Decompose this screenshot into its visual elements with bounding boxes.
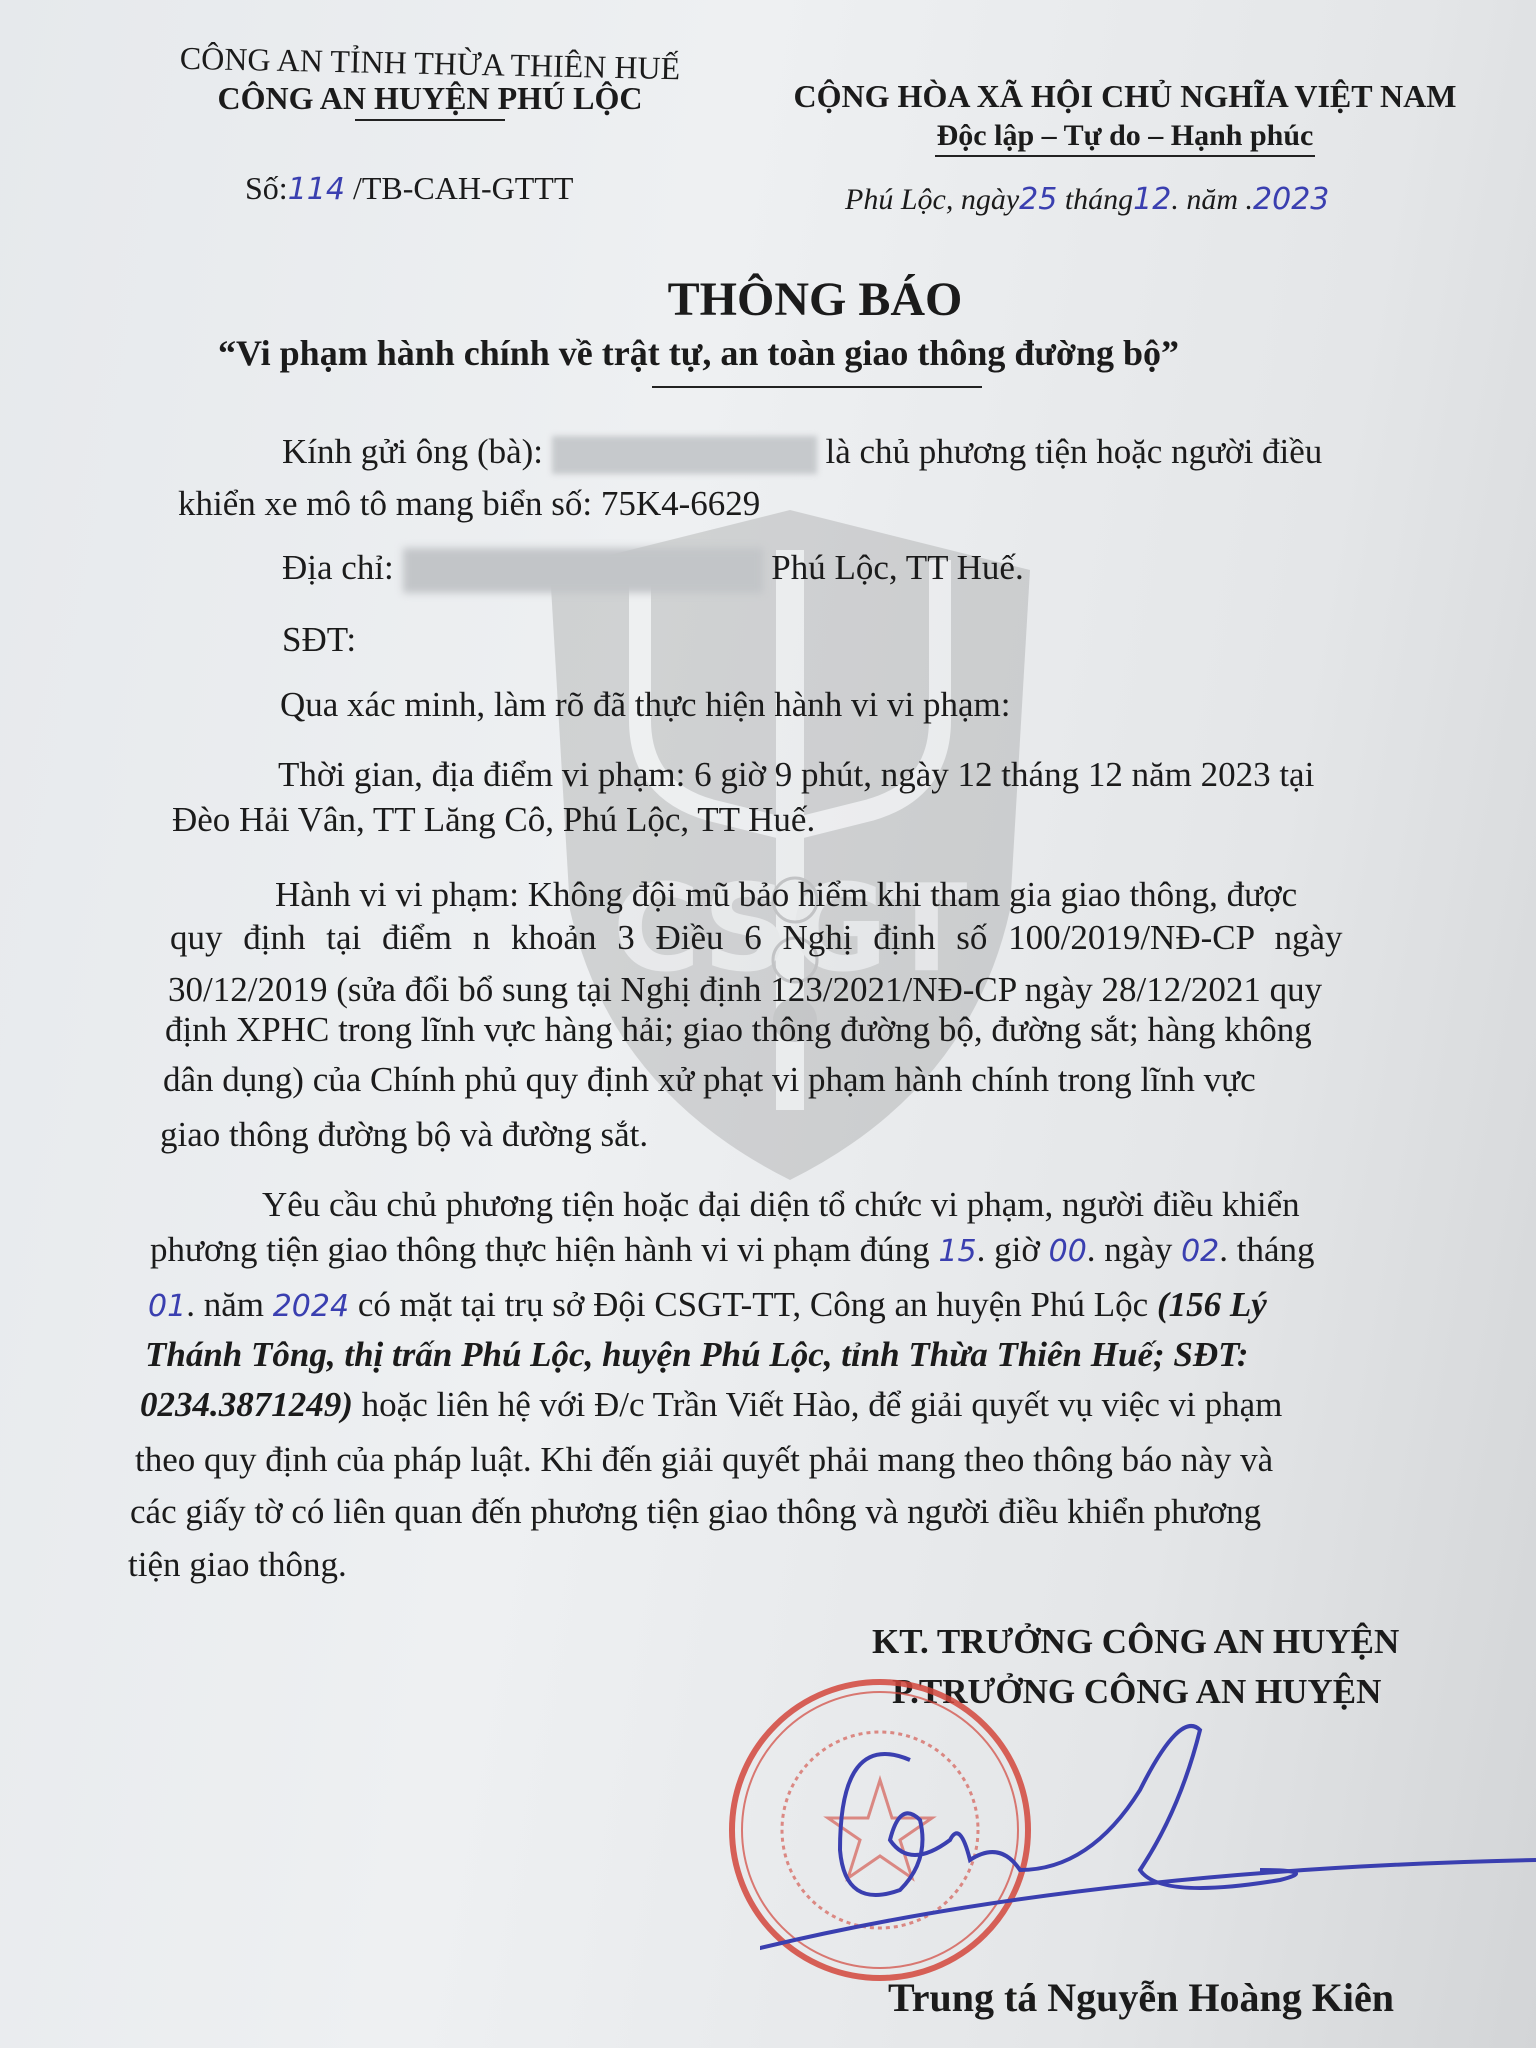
handwritten-day: 25 xyxy=(1019,182,1057,217)
request-line: Yêu cầu chủ phương tiện hoặc đại diện tổ… xyxy=(262,1185,1300,1225)
office-phone: 0234.3871249) xyxy=(140,1385,353,1424)
request-line-appointment-date: 01. năm 2024 có mặt tại trụ sở Đội CSGT-… xyxy=(148,1285,1267,1325)
signatory-title-1: KT. TRƯỞNG CÔNG AN HUYỆN xyxy=(872,1622,1399,1662)
handwritten-number: 114 xyxy=(288,172,345,207)
handwritten-year: 2024 xyxy=(273,1289,349,1324)
request-line: theo quy định của pháp luật. Khi đến giả… xyxy=(135,1440,1273,1480)
issue-date: Phú Lộc, ngày25 tháng12. năm .2023 xyxy=(845,182,1329,217)
handwritten-signature xyxy=(760,1670,1536,1970)
document-title: THÔNG BÁO xyxy=(0,272,1536,327)
handwritten-hour: 15 xyxy=(938,1234,976,1269)
signer-name: Trung tá Nguyễn Hoàng Kiên xyxy=(888,1974,1394,2021)
redacted-name xyxy=(552,436,817,474)
handwritten-minute: 00 xyxy=(1049,1234,1087,1269)
motto-underline xyxy=(935,155,1315,157)
agency-underline xyxy=(355,119,505,121)
subtitle-underline xyxy=(652,386,982,388)
redacted-address xyxy=(403,548,763,593)
document-number: Số:114 /TB-CAH-GTTT xyxy=(245,170,573,207)
time-place-line-1: Thời gian, địa điểm vi phạm: 6 giờ 9 phú… xyxy=(278,755,1314,795)
time-place-line-2: Đèo Hải Vân, TT Lăng Cô, Phú Lộc, TT Huế… xyxy=(172,800,815,840)
national-header: CỘNG HÒA XÃ HỘI CHỦ NGHĨA VIỆT NAM Độc l… xyxy=(755,78,1495,157)
violation-line: quy định tại điểm n khoản 3 Điều 6 Nghị … xyxy=(170,918,1343,958)
violation-line: định XPHC trong lĩnh vực hàng hải; giao … xyxy=(165,1010,1312,1050)
phone-label: SĐT: xyxy=(282,620,356,660)
violation-line: giao thông đường bộ và đường sắt. xyxy=(160,1115,648,1155)
address-line: Địa chỉ: Phú Lộc, TT Huế. xyxy=(282,548,1024,593)
country-name: CỘNG HÒA XÃ HỘI CHỦ NGHĨA VIỆT NAM xyxy=(755,78,1495,115)
handwritten-day: 02 xyxy=(1181,1234,1219,1269)
request-line: các giấy tờ có liên quan đến phương tiện… xyxy=(130,1492,1261,1532)
national-motto: Độc lập – Tự do – Hạnh phúc xyxy=(755,119,1495,153)
verification-line: Qua xác minh, làm rõ đã thực hiện hành v… xyxy=(280,685,1010,725)
handwritten-month: 01 xyxy=(148,1289,186,1324)
license-plate-line: khiển xe mô tô mang biển số: 75K4-6629 xyxy=(178,484,760,524)
contact-line: 0234.3871249) hoặc liên hệ với Đ/c Trần … xyxy=(140,1385,1282,1425)
office-address-line: Thánh Tông, thị trấn Phú Lộc, huyện Phú … xyxy=(145,1335,1249,1375)
issuing-agency-header: CÔNG AN TỈNH THỪA THIÊN HUẾ CÔNG AN HUYỆ… xyxy=(140,45,720,121)
recipient-line: Kính gửi ông (bà): là chủ phương tiện ho… xyxy=(282,432,1322,474)
document-subtitle: “Vi phạm hành chính về trật tự, an toàn … xyxy=(218,332,1179,374)
violation-line: dân dụng) của Chính phủ quy định xử phạt… xyxy=(163,1060,1256,1100)
request-line: tiện giao thông. xyxy=(128,1545,347,1585)
handwritten-year: 2023 xyxy=(1253,182,1329,217)
request-line-appointment-time: phương tiện giao thông thực hiện hành vi… xyxy=(150,1230,1315,1270)
violation-line: Hành vi vi phạm: Không đội mũ bảo hiểm k… xyxy=(275,875,1297,915)
violation-line: 30/12/2019 (sửa đổi bổ sung tại Nghị địn… xyxy=(168,970,1322,1010)
handwritten-month: 12 xyxy=(1133,182,1171,217)
